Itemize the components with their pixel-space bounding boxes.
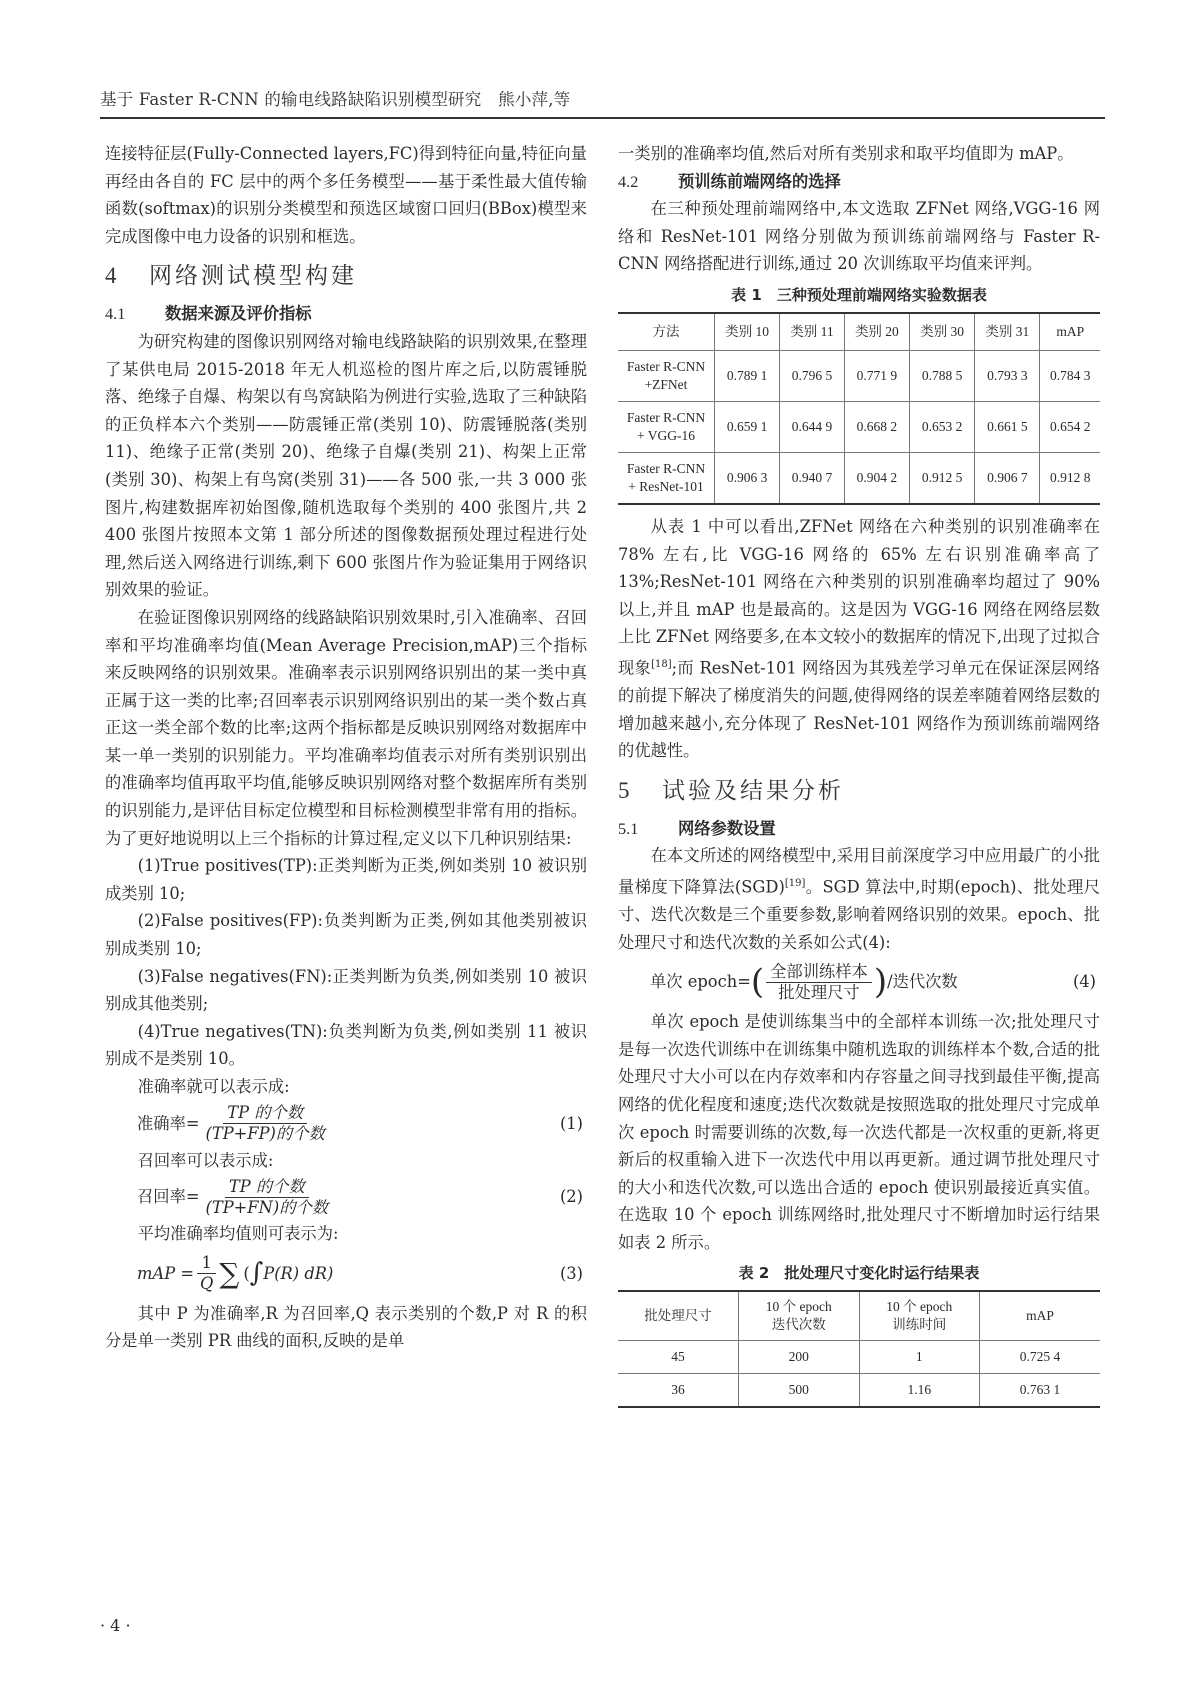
table-header-row: 方法 类别 10 类别 11 类别 20 类别 30 类别 31 mAP — [618, 313, 1100, 351]
table-row: Faster R-CNN+ ResNet-101 0.906 3 0.940 7… — [618, 452, 1100, 504]
section-title: 网络测试模型构建 — [149, 263, 357, 289]
table-cell: 0.763 1 — [980, 1374, 1101, 1407]
citation-19: [19] — [785, 878, 806, 889]
recall-intro: 召回率可以表示成: — [105, 1147, 587, 1175]
table-row: 36 500 1.16 0.763 1 — [618, 1374, 1100, 1407]
table-header-cell: 方法 — [618, 313, 715, 351]
equation-1: 准确率= TP 的个数 (TP+FP)的个数 (1) — [105, 1101, 587, 1147]
table-row: 45 200 1 0.725 4 — [618, 1341, 1100, 1374]
table-cell: 0.653 2 — [909, 401, 974, 452]
definition-fn: (3)False negatives(FN):正类判断为负类,例如类别 10 被… — [105, 963, 587, 1018]
running-head: 基于 Faster R-CNN 的输电线路缺陷识别模型研究 熊小萍,等 — [100, 86, 1105, 110]
eq3-lhs: mAP = — [137, 1260, 194, 1288]
header-line-1: 批处理尺寸 — [644, 1308, 712, 1323]
paragraph-4-1-metrics: 在验证图像识别网络的线路缺陷识别效果时,引入准确率、召回率和平均准确率均值(Me… — [105, 604, 587, 852]
subsection-number: 5.1 — [618, 815, 678, 843]
equation-4: 单次 epoch= ( 全部训练样本 批处理尺寸 ) /迭代次数 (4) — [618, 956, 1100, 1008]
header-line-2: 训练时间 — [892, 1317, 946, 1332]
table-header-row: 批处理尺寸 10 个 epoch迭代次数 10 个 epoch训练时间 mAP — [618, 1291, 1100, 1341]
section-heading-5: 5试验及结果分析 — [618, 775, 1100, 807]
table-1-caption: 表 1 三种预处理前端网络实验数据表 — [618, 284, 1100, 306]
subsection-heading-4-1: 4.1数据来源及评价指标 — [105, 300, 587, 328]
paragraph-intro: 连接特征层(Fully-Connected layers,FC)得到特征向量,特… — [105, 140, 587, 250]
eq2-numerator: TP 的个数 — [225, 1177, 309, 1198]
table-header-cell: 类别 20 — [844, 313, 909, 351]
table-cell: 0.659 1 — [715, 401, 780, 452]
table-cell: 0.771 9 — [844, 350, 909, 401]
subsection-title: 网络参数设置 — [678, 819, 776, 838]
eq4-number: (4) — [1073, 968, 1096, 996]
table-cell: 0.906 7 — [975, 452, 1040, 504]
table-cell: 0.668 2 — [844, 401, 909, 452]
paragraph-5-1: 在本文所述的网络模型中,采用目前深度学习中应用最广的小批量梯度下降算法(SGD)… — [618, 842, 1100, 956]
subsection-title: 数据来源及评价指标 — [165, 304, 312, 323]
section-number: 5 — [618, 775, 662, 807]
method-line-1: Faster R-CNN — [627, 461, 705, 476]
table-cell: 0.661 5 — [975, 401, 1040, 452]
table-header-cell: 类别 10 — [715, 313, 780, 351]
eq4-numerator: 全部训练样本 — [766, 962, 872, 983]
method-line-2: + VGG-16 — [637, 428, 695, 443]
header-line-1: 10 个 epoch — [766, 1299, 832, 1314]
section-title: 试验及结果分析 — [662, 778, 844, 804]
method-line-2: + ResNet-101 — [628, 479, 703, 494]
method-cell: Faster R-CNN+ VGG-16 — [618, 401, 715, 452]
eq1-number: (1) — [560, 1110, 583, 1138]
equation-2: 召回率= TP 的个数 (TP+FN)的个数 (2) — [105, 1174, 587, 1220]
table-cell: 0.912 8 — [1040, 452, 1100, 504]
method-line-1: Faster R-CNN — [627, 410, 705, 425]
paragraph-table1-analysis: 从表 1 中可以看出,ZFNet 网络在六种类别的识别准确率在 78% 左右,比… — [618, 513, 1100, 765]
page-number: · 4 · — [100, 1616, 131, 1635]
table-cell: 0.904 2 — [844, 452, 909, 504]
eq2-fraction: TP 的个数 (TP+FN)的个数 — [202, 1177, 333, 1218]
citation-18: [18] — [651, 659, 672, 670]
section-number: 4 — [105, 260, 149, 292]
table-2-caption: 表 2 批处理尺寸变化时运行结果表 — [618, 1262, 1100, 1284]
subsection-heading-4-2: 4.2预训练前端网络的选择 — [618, 168, 1100, 196]
eq3-fraction: 1 Q — [196, 1253, 217, 1294]
table-cell: 0.725 4 — [980, 1341, 1101, 1374]
table-header-cell: mAP — [980, 1291, 1101, 1341]
subsection-number: 4.1 — [105, 300, 165, 328]
header-rule — [100, 117, 1105, 119]
method-line-2: +ZFNet — [645, 377, 688, 392]
section-heading-4: 4网络测试模型构建 — [105, 260, 587, 292]
paragraph-continued: 一类别的准确率均值,然后对所有类别求和取平均值即为 mAP。 — [618, 140, 1100, 168]
table-header-cell: mAP — [1040, 313, 1100, 351]
eq2-denominator: (TP+FN)的个数 — [202, 1198, 333, 1218]
method-cell: Faster R-CNN+ZFNet — [618, 350, 715, 401]
eq1-lhs: 准确率= — [137, 1110, 200, 1138]
left-column: 连接特征层(Fully-Connected layers,FC)得到特征向量,特… — [105, 140, 587, 1355]
eq4-fraction: 全部训练样本 批处理尺寸 — [766, 962, 872, 1003]
right-column: 一类别的准确率均值,然后对所有类别求和取平均值即为 mAP。 4.2预训练前端网… — [618, 140, 1100, 1408]
eq4-denominator: 批处理尺寸 — [774, 983, 863, 1003]
table-cell: 0.784 3 — [1040, 350, 1100, 401]
map-intro: 平均准确率均值则可表示为: — [105, 1220, 587, 1248]
paragraph-5-1-epoch: 单次 epoch 是使训练集当中的全部样本训练一次;批处理尺寸是每一次迭代训练中… — [618, 1008, 1100, 1256]
header-line-2: 迭代次数 — [772, 1317, 826, 1332]
table-header-cell: 类别 31 — [975, 313, 1040, 351]
eq2-lhs: 召回率= — [137, 1183, 200, 1211]
method-line-1: Faster R-CNN — [627, 359, 705, 374]
table-cell: 0.906 3 — [715, 452, 780, 504]
table-1: 方法 类别 10 类别 11 类别 20 类别 30 类别 31 mAP Fas… — [618, 312, 1100, 505]
eq3-body: P(R) dR) — [263, 1260, 333, 1288]
definition-fp: (2)False positives(FP):负类判断为正类,例如其他类别被识别… — [105, 907, 587, 962]
table-cell: 36 — [618, 1374, 739, 1407]
paragraph-4-1-data: 为研究构建的图像识别网络对输电线路缺陷的识别效果,在整理了某供电局 2015-2… — [105, 328, 587, 604]
table-cell: 45 — [618, 1341, 739, 1374]
table-cell: 1 — [859, 1341, 980, 1374]
definition-tp: (1)True positives(TP):正类判断为正类,例如类别 10 被识… — [105, 852, 587, 907]
table-header-cell: 类别 11 — [780, 313, 845, 351]
paragraph-variables: 其中 P 为准确率,R 为召回率,Q 表示类别的个数,P 对 R 的积分是单一类… — [105, 1300, 587, 1355]
eq3-numerator: 1 — [197, 1253, 215, 1274]
integral-symbol: ∫ — [250, 1260, 264, 1288]
table-cell: 0.789 1 — [715, 350, 780, 401]
table-cell: 500 — [739, 1374, 860, 1407]
table-header-cell: 10 个 epoch迭代次数 — [739, 1291, 860, 1341]
header-line-1: 10 个 epoch — [886, 1299, 952, 1314]
table-cell: 0.644 9 — [780, 401, 845, 452]
table-header-cell: 10 个 epoch训练时间 — [859, 1291, 980, 1341]
table-header-cell: 类别 30 — [909, 313, 974, 351]
table-2: 批处理尺寸 10 个 epoch迭代次数 10 个 epoch训练时间 mAP … — [618, 1290, 1100, 1407]
summation-symbol: ∑ — [219, 1260, 239, 1288]
paragraph-4-2: 在三种预处理前端网络中,本文选取 ZFNet 网络,VGG-16 网络和 Res… — [618, 195, 1100, 278]
table-cell: 0.940 7 — [780, 452, 845, 504]
table-row: Faster R-CNN+ VGG-16 0.659 1 0.644 9 0.6… — [618, 401, 1100, 452]
table-row: Faster R-CNN+ZFNet 0.789 1 0.796 5 0.771… — [618, 350, 1100, 401]
subsection-title: 预训练前端网络的选择 — [678, 172, 841, 191]
eq3-denominator: Q — [196, 1274, 217, 1294]
eq4-rhs: /迭代次数 — [887, 968, 958, 996]
table-cell: 0.796 5 — [780, 350, 845, 401]
table-cell: 0.793 3 — [975, 350, 1040, 401]
table-cell: 0.788 5 — [909, 350, 974, 401]
analysis-text-a: 从表 1 中可以看出,ZFNet 网络在六种类别的识别准确率在 78% 左右,比… — [618, 517, 1100, 677]
left-paren: ( — [751, 965, 764, 999]
eq2-number: (2) — [560, 1183, 583, 1211]
right-paren: ) — [874, 965, 887, 999]
eq1-numerator: TP 的个数 — [223, 1103, 307, 1124]
table-cell: 200 — [739, 1341, 860, 1374]
eq3-number: (3) — [560, 1260, 583, 1288]
eq1-denominator: (TP+FP)的个数 — [202, 1124, 329, 1144]
table-cell: 0.654 2 — [1040, 401, 1100, 452]
eq1-fraction: TP 的个数 (TP+FP)的个数 — [202, 1103, 329, 1144]
table-cell: 1.16 — [859, 1374, 980, 1407]
header-line-1: mAP — [1026, 1308, 1054, 1323]
table-cell: 0.912 5 — [909, 452, 974, 504]
table-header-cell: 批处理尺寸 — [618, 1291, 739, 1341]
analysis-text-b: ;而 ResNet-101 网络因为其残差学习单元在保证深层网络的前提下解决了梯… — [618, 658, 1100, 760]
method-cell: Faster R-CNN+ ResNet-101 — [618, 452, 715, 504]
precision-intro: 准确率就可以表示成: — [105, 1073, 587, 1101]
subsection-number: 4.2 — [618, 168, 678, 196]
equation-3: mAP = 1 Q ∑ ( ∫ P(R) dR) (3) — [105, 1248, 587, 1300]
subsection-heading-5-1: 5.1网络参数设置 — [618, 815, 1100, 843]
definition-tn: (4)True negatives(TN):负类判断为负类,例如类别 11 被识… — [105, 1018, 587, 1073]
eq4-lhs: 单次 epoch= — [650, 968, 751, 996]
